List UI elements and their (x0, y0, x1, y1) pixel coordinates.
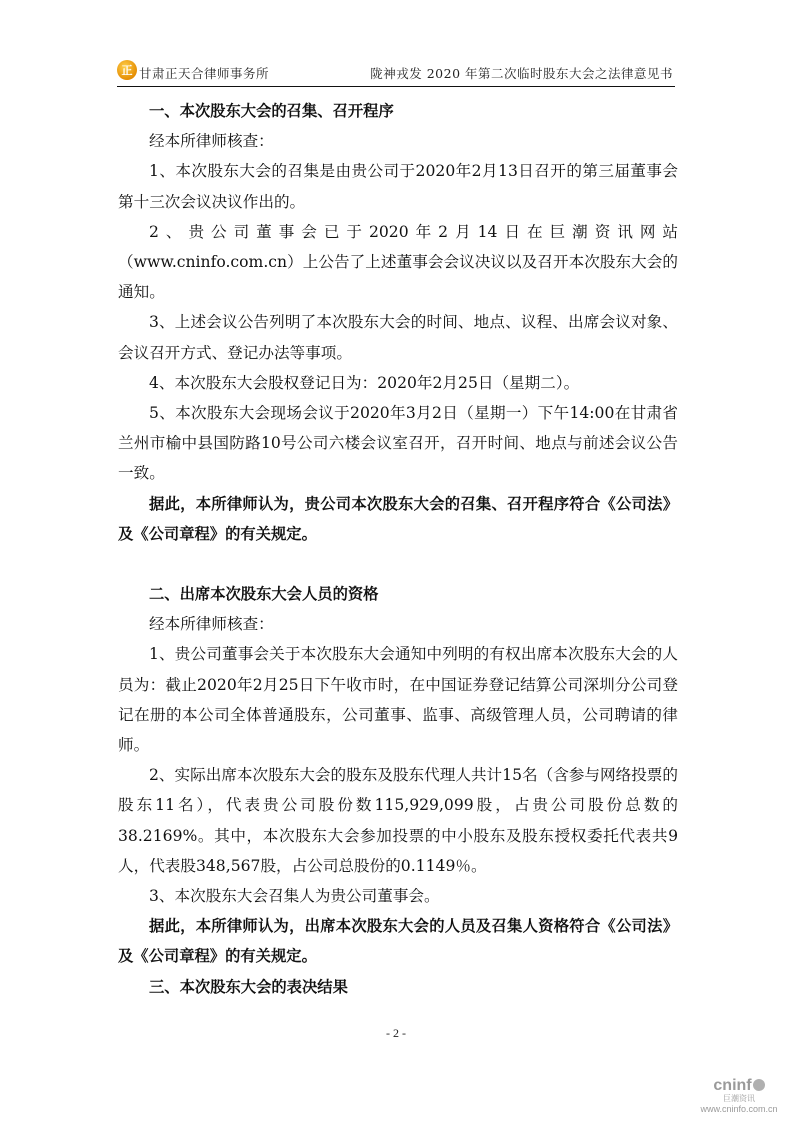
page-number: - 2 - (0, 1026, 792, 1041)
watermark-url: www.cninfo.com.cn (694, 1104, 784, 1114)
paragraph: 4、本次股东大会股权登记日为：2020年2月25日（星期二）。 (118, 368, 678, 398)
watermark-logo: cninf (694, 1078, 784, 1094)
paragraph: 5、本次股东大会现场会议于2020年3月2日（星期一）下午14:00在甘肃省兰州… (118, 398, 678, 489)
paragraph: 2、实际出席本次股东大会的股东及股东代理人共计15名（含参与网络投票的股东11名… (118, 760, 678, 881)
cninfo-watermark: cninf 巨潮资讯 www.cninfo.com.cn (694, 1078, 784, 1114)
section-intro: 经本所律师核查： (118, 126, 678, 156)
section-conclusion: 据此，本所律师认为，出席本次股东大会的人员及召集人资格符合《公司法》及《公司章程… (118, 911, 678, 971)
spacer (118, 549, 678, 579)
logo-glyph: 正 (122, 65, 133, 76)
law-firm-name: 甘肃正天合律师事务所 (139, 64, 269, 82)
document-title: 陇神戎发 2020 年第二次临时股东大会之法律意见书 (370, 64, 673, 82)
paragraph: 1、贵公司董事会关于本次股东大会通知中列明的有权出席本次股东大会的人员为：截止2… (118, 639, 678, 760)
paragraph: 1、本次股东大会的召集是由贵公司于2020年2月13日召开的第三届董事会第十三次… (118, 156, 678, 216)
section-heading: 二、出席本次股东大会人员的资格 (118, 579, 678, 609)
cninfo-logo-icon (753, 1079, 765, 1091)
section-intro: 经本所律师核查： (118, 609, 678, 639)
page-header: 正 甘肃正天合律师事务所 陇神戎发 2020 年第二次临时股东大会之法律意见书 (117, 62, 675, 87)
law-firm-logo-icon: 正 (117, 60, 137, 80)
section-heading: 三、本次股东大会的表决结果 (118, 972, 678, 1002)
document-body: 一、本次股东大会的召集、召开程序 经本所律师核查： 1、本次股东大会的召集是由贵… (118, 96, 678, 1002)
section-heading: 一、本次股东大会的召集、召开程序 (118, 96, 678, 126)
watermark-brand-cn: 巨潮资讯 (694, 1094, 784, 1104)
paragraph: 3、本次股东大会召集人为贵公司董事会。 (118, 881, 678, 911)
paragraph: 2、贵公司董事会已于2020年2月14日在巨潮资讯网站（www.cninfo.c… (118, 217, 678, 308)
section-conclusion: 据此，本所律师认为，贵公司本次股东大会的召集、召开程序符合《公司法》及《公司章程… (118, 489, 678, 549)
paragraph: 3、上述会议公告列明了本次股东大会的时间、地点、议程、出席会议对象、会议召开方式… (118, 307, 678, 367)
watermark-brand: cninf (713, 1077, 751, 1094)
